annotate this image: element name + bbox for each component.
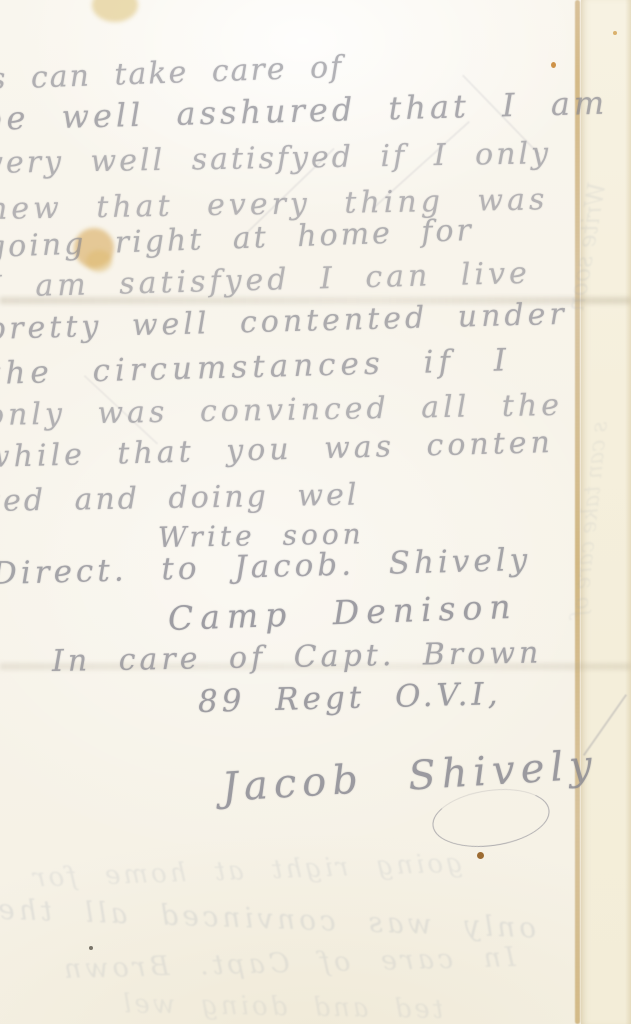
ink-speck bbox=[477, 852, 484, 859]
ink-speck bbox=[551, 62, 556, 68]
bleed-line: going right at home for bbox=[30, 848, 464, 893]
bleed-line: ted and doing wel bbox=[120, 989, 444, 1024]
address-line: Direct. to Jacob. Shively bbox=[0, 542, 532, 592]
scanned-letter-page: s can take care of be well asshured that… bbox=[0, 0, 631, 1024]
letter-line: pretty well contented under bbox=[0, 297, 568, 347]
address-line: Camp Denison bbox=[167, 587, 518, 638]
bleed-line: In care of Capt. Brown bbox=[60, 942, 516, 985]
address-line: 89 Regt O.V.I, bbox=[198, 676, 502, 720]
letter-line: ted and doing wel bbox=[0, 478, 360, 519]
ink-speck bbox=[89, 946, 93, 950]
letter-line: the circumstances if I bbox=[0, 342, 512, 392]
letter-line: s can take care of bbox=[0, 50, 344, 97]
page-right-edge bbox=[625, 0, 631, 1024]
paper-stain bbox=[92, 0, 138, 22]
ink-speck bbox=[613, 31, 617, 35]
bleed-line: only was convinced all the bbox=[0, 893, 537, 945]
letter-line: very well satisfyed if I only bbox=[0, 136, 551, 181]
address-line: In care of Capt. Brown bbox=[52, 635, 543, 679]
letter-line: while that you was conten bbox=[0, 425, 554, 475]
